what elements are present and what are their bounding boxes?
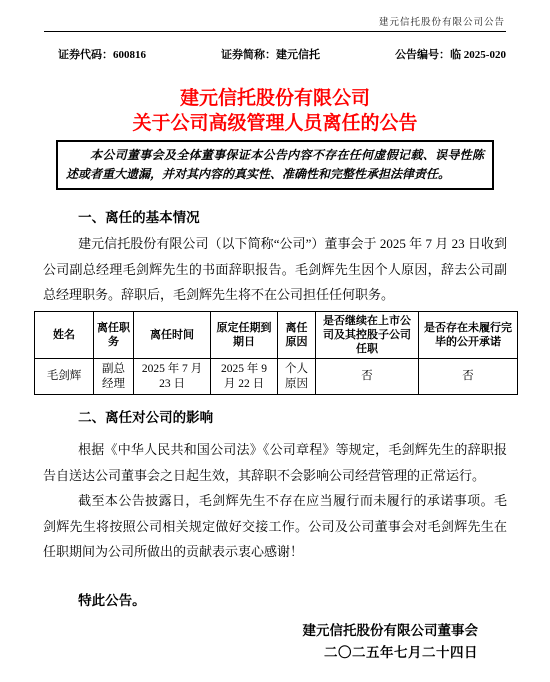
table-header-position: 离任职务 bbox=[94, 312, 134, 359]
resignation-table: 姓名 离任职务 离任时间 原定任期到期日 离任原因 是否继续在上市公司及其控股子… bbox=[34, 311, 518, 395]
table-row: 毛剑辉 副总经理 2025 年 7 月 23 日 2025 年 9 月 22 日… bbox=[35, 359, 518, 395]
page-title-line2: 关于公司高级管理人员离任的公告 bbox=[0, 111, 550, 136]
page-header-company: 建元信托股份有限公司公告 bbox=[379, 14, 505, 28]
closing-notice: 特此公告。 bbox=[43, 589, 507, 609]
table-header-reason: 离任原因 bbox=[278, 312, 316, 359]
table-header-still-employed: 是否继续在上市公司及其控股子公司任职 bbox=[316, 312, 419, 359]
section2-paragraph2: 截至本公告披露日，毛剑辉先生不存在应当履行而未履行的承诺事项。毛剑辉先生将按照公… bbox=[43, 488, 507, 565]
cell-unfulfilled-commitments: 否 bbox=[419, 359, 518, 395]
section1-heading: 一、离任的基本情况 bbox=[43, 206, 507, 226]
signature-company: 建元信托股份有限公司董事会 bbox=[303, 620, 479, 642]
page-title: 建元信托股份有限公司 关于公司高级管理人员离任的公告 bbox=[0, 86, 550, 136]
cell-departure-time: 2025 年 7 月 23 日 bbox=[134, 359, 211, 395]
cell-name: 毛剑辉 bbox=[35, 359, 94, 395]
cell-reason: 个人原因 bbox=[278, 359, 316, 395]
stock-name: 证券简称：建元信托 bbox=[221, 46, 320, 62]
stock-code-value: 600816 bbox=[113, 49, 146, 61]
cell-still-employed: 否 bbox=[316, 359, 419, 395]
announcement-number-label: 公告编号： bbox=[395, 49, 450, 61]
table-header-name: 姓名 bbox=[35, 312, 94, 359]
stock-code-label: 证券代码： bbox=[58, 49, 113, 61]
announcement-number-value: 临 2025-020 bbox=[450, 49, 506, 61]
stock-info-line: 证券代码：600816 证券简称：建元信托 公告编号：临 2025-020 bbox=[58, 46, 506, 62]
table-header-departure-time: 离任时间 bbox=[134, 312, 211, 359]
table-header-term-expiry: 原定任期到期日 bbox=[211, 312, 278, 359]
section2-paragraph1: 根据《中华人民共和国公司法》《公司章程》等规定，毛剑辉先生的辞职报告自送达公司董… bbox=[43, 437, 507, 488]
cell-term-expiry: 2025 年 9 月 22 日 bbox=[211, 359, 278, 395]
table-header-row: 姓名 离任职务 离任时间 原定任期到期日 离任原因 是否继续在上市公司及其控股子… bbox=[35, 312, 518, 359]
section1-paragraph: 建元信托股份有限公司（以下简称“公司”）董事会于 2025 年 7 月 23 日… bbox=[43, 231, 507, 308]
page-title-line1: 建元信托股份有限公司 bbox=[0, 86, 550, 111]
stock-name-value: 建元信托 bbox=[276, 49, 320, 61]
section2-heading: 二、离任对公司的影响 bbox=[43, 406, 507, 426]
disclaimer-box: 本公司董事会及全体董事保证本公告内容不存在任何虚假记载、误导性陈述或者重大遗漏，… bbox=[56, 140, 494, 190]
announcement-number: 公告编号：临 2025-020 bbox=[395, 46, 506, 62]
signature-date: 二〇二五年七月二十四日 bbox=[303, 642, 479, 664]
signature-block: 建元信托股份有限公司董事会 二〇二五年七月二十四日 bbox=[303, 620, 479, 664]
stock-code: 证券代码：600816 bbox=[58, 46, 146, 62]
header-divider bbox=[44, 31, 506, 32]
announcement-page: 建元信托股份有限公司公告 证券代码：600816 证券简称：建元信托 公告编号：… bbox=[0, 0, 550, 682]
cell-position: 副总经理 bbox=[94, 359, 134, 395]
disclaimer-text: 本公司董事会及全体董事保证本公告内容不存在任何虚假记载、误导性陈述或者重大遗漏，… bbox=[66, 146, 484, 184]
table-header-unfulfilled-commitments: 是否存在未履行完毕的公开承诺 bbox=[419, 312, 518, 359]
stock-name-label: 证券简称： bbox=[221, 49, 276, 61]
